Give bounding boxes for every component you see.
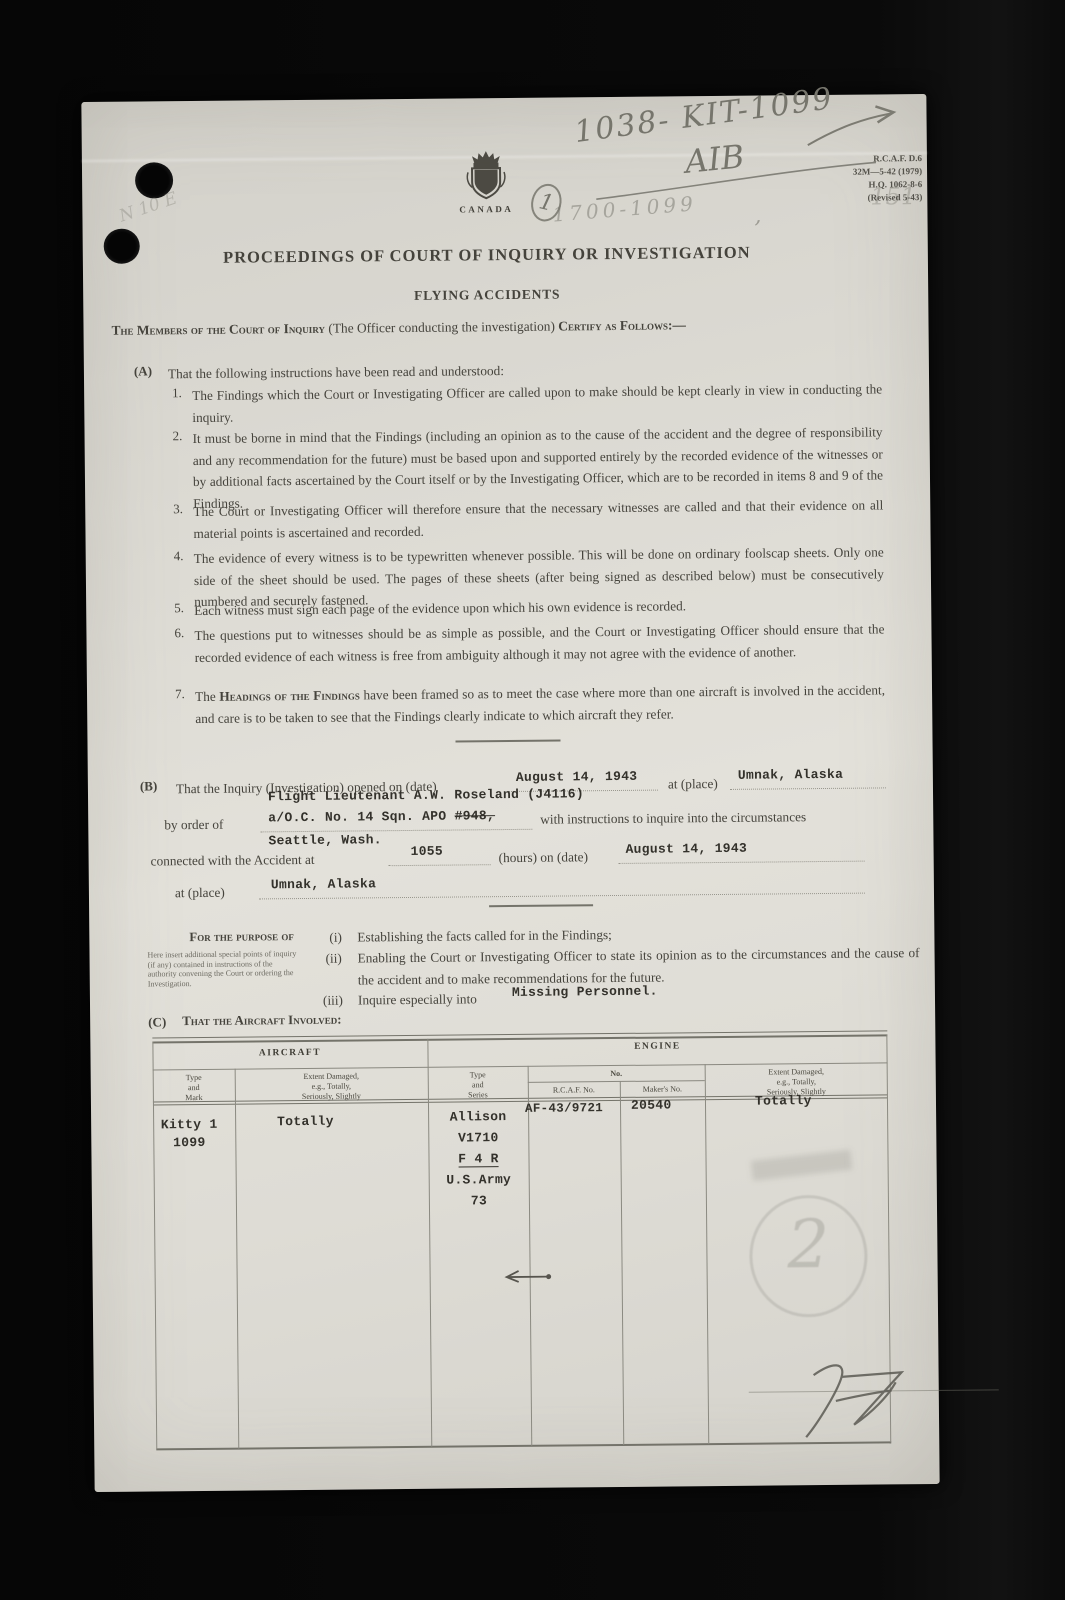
- col-header-rcaf-no: R.C.A.F. No.: [528, 1085, 620, 1096]
- fill-line: [259, 892, 865, 900]
- section-b-label: (B): [140, 778, 157, 794]
- form-ref-line: (Revised 5-43): [777, 191, 922, 205]
- cell-extent-engine: Totally: [755, 1093, 812, 1109]
- cell-type-series: Allison V1710 F 4 R U.S.Army 73: [428, 1106, 529, 1212]
- purpose-iii-number: (iii): [323, 990, 343, 1012]
- certify-line: The Members of the Court of Inquiry (The…: [111, 315, 917, 339]
- col-header-extent-aircraft: Extent Damaged, e.g., Totally, Seriously…: [235, 1071, 428, 1103]
- order-city-value: Seattle, Wash.: [268, 832, 382, 848]
- purpose-label: For the purpose of: [189, 929, 294, 945]
- section-a-label: (A): [134, 363, 152, 379]
- canada-crest: CANADA: [448, 150, 525, 215]
- instruction-number: 7.: [175, 686, 185, 702]
- hours-label: (hours) on (date): [499, 846, 589, 868]
- signature-scribble: [783, 1352, 934, 1443]
- fill-line: [389, 863, 491, 866]
- section-c-label: (C): [148, 1014, 166, 1030]
- scanned-document-photo: { "form_ref": { "line1": "R.C.A.F. D.6",…: [0, 0, 1065, 1600]
- section-c-heading: That the Aircraft Involved:: [182, 1012, 341, 1030]
- section-divider-rule: [455, 740, 560, 743]
- table-rule: [705, 1064, 710, 1444]
- pen-arrow-left-icon: [503, 1268, 553, 1286]
- by-order-label: by order of: [164, 814, 223, 836]
- cell-makers-no: 20540: [631, 1097, 672, 1112]
- handwritten-file-number: 1038- KIT-1099: [572, 81, 835, 150]
- faint-stamp: 2: [749, 1195, 868, 1318]
- col-header-makers-no: Maker's No.: [620, 1084, 705, 1095]
- section-divider-rule: [489, 904, 593, 907]
- at-place-label: at (place): [668, 773, 718, 795]
- table-rule: [156, 1441, 891, 1450]
- page-title: PROCEEDINGS OF COURT OF INQUIRY OR INVES…: [83, 241, 891, 269]
- order-unit-value: a/O.C. No. 14 Sqn. APO #948,: [268, 808, 495, 825]
- col-header-no-group: No.: [528, 1068, 705, 1080]
- instruction-number: 2.: [172, 428, 182, 444]
- instruction-number: 3.: [173, 501, 183, 517]
- col-header-type-mark: Type and Mark: [153, 1073, 235, 1104]
- table-rule: [528, 1080, 705, 1083]
- instruction-item: The questions put to witnesses should be…: [194, 618, 884, 668]
- pen-arrow-icon: [803, 96, 903, 149]
- pen-comma-mark: ,: [754, 204, 761, 229]
- instruction-item: The Headings of the Findings have been f…: [195, 679, 885, 729]
- instruction-number: 1.: [172, 385, 182, 401]
- instruction-number: 5.: [174, 600, 184, 616]
- crest-caption: CANADA: [448, 204, 524, 215]
- paper-sheet: N 10 E 1038- KIT-1099 AIB 1 1700-1099 , …: [81, 94, 939, 1492]
- certify-pre: The Members of the Court of Inquiry: [111, 321, 325, 338]
- accident-date-value: August 14, 1943: [625, 841, 747, 857]
- table-group-engine: ENGINE: [427, 1039, 887, 1053]
- table-group-aircraft: AIRCRAFT: [152, 1047, 427, 1060]
- cell-type-mark: Kitty 1 1099: [139, 1117, 239, 1151]
- purpose-iii-text: Inquire especially into: [358, 988, 477, 1011]
- struck-apo-number: #948,: [454, 808, 495, 823]
- accident-time-value: 1055: [410, 844, 443, 859]
- col-header-type-series: Type and Series: [428, 1070, 528, 1101]
- fill-line: [730, 786, 886, 789]
- opened-place-value: Umnak, Alaska: [738, 767, 843, 783]
- connected-label: connected with the Accident at: [151, 849, 315, 872]
- opened-date-value: August 14, 1943: [516, 769, 638, 785]
- table-rule: [528, 1066, 533, 1446]
- instruction-number: 4.: [174, 548, 184, 564]
- certify-post: Certify as Follows:—: [558, 317, 686, 333]
- cell-rcaf-no: AF-43/9721: [525, 1101, 603, 1116]
- fill-line: [619, 860, 865, 864]
- accident-place-value: Umnak, Alaska: [271, 876, 376, 892]
- table-rule: [620, 1081, 624, 1445]
- page-subtitle: FLYING ACCIDENTS: [83, 283, 891, 307]
- instruction-number: 6.: [174, 625, 184, 641]
- handwritten-ref-number: 1700-1099: [552, 191, 698, 226]
- fill-line: [260, 828, 532, 833]
- instruction-item: The Findings which the Court or Investig…: [192, 378, 882, 428]
- cell-extent-aircraft: Totally: [277, 1114, 334, 1130]
- purpose-i-number: (i): [329, 927, 342, 949]
- stamp-digit: 2: [752, 1206, 865, 1284]
- instructions-text: with instructions to inquire into the ci…: [540, 806, 806, 830]
- purpose-margin-note: Here insert additional special points of…: [147, 949, 299, 988]
- purpose-ii-number: (ii): [325, 948, 341, 970]
- coat-of-arms-icon: [465, 150, 507, 202]
- order-officer-value: Flight Lieutenant A.W. Roseland (J4116): [268, 786, 584, 804]
- place-label: at (place): [175, 882, 225, 904]
- purpose-iii-typed-value: Missing Personnel.: [512, 984, 658, 1000]
- certify-paren: (The Officer conducting the investigatio…: [325, 319, 558, 336]
- form-reference-block: R.C.A.F. D.6 32M—5-42 (1979) H.Q. 1062-8…: [777, 152, 922, 205]
- instruction-item: The Court or Investigating Officer will …: [193, 494, 883, 544]
